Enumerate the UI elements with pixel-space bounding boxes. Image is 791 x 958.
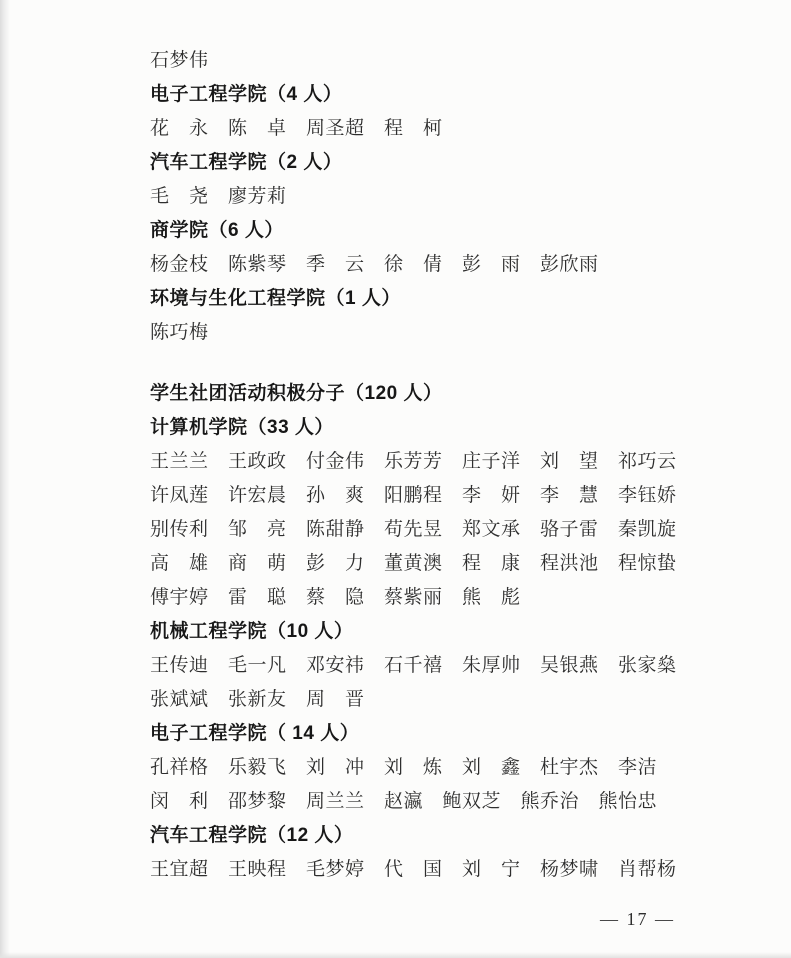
name-list-line: 傅宇婷 雷 聪 蔡 隐 蔡紫丽 熊 彪 (150, 581, 710, 615)
college-heading: 汽车工程学院（2 人） (150, 146, 710, 180)
name-list-line: 王传迪 毛一凡 邓安祎 石千禧 朱厚帅 吴银燕 张家燊 (150, 649, 710, 683)
college-heading: 电子工程学院（ 14 人） (150, 717, 710, 751)
college-heading: 商学院（6 人） (150, 214, 710, 248)
name-list-line: 高 雄 商 萌 彭 力 董黄澳 程 康 程洪池 程惊蛰 (150, 547, 710, 581)
document-content: 石梦伟 电子工程学院（4 人） 花 永 陈 卓 周圣超 程 柯 汽车工程学院（2… (150, 44, 710, 887)
college-heading: 电子工程学院（4 人） (150, 78, 710, 112)
college-heading: 汽车工程学院（12 人） (150, 819, 710, 853)
name-list-line: 王兰兰 王政政 付金伟 乐芳芳 庄子洋 刘 望 祁巧云 (150, 445, 710, 479)
college-heading: 环境与生化工程学院（1 人） (150, 282, 710, 316)
college-heading: 机械工程学院（10 人） (150, 615, 710, 649)
name-list-line: 许凤莲 许宏晨 孙 爽 阳鹏程 李 妍 李 慧 李钰娇 (150, 479, 710, 513)
page-number: — 17 — (600, 909, 675, 930)
award-category-heading: 学生社团活动积极分子（120 人） (150, 377, 710, 411)
college-heading: 计算机学院（33 人） (150, 411, 710, 445)
name-list-line: 孔祥格 乐毅飞 刘 冲 刘 炼 刘 鑫 杜宇杰 李洁 (150, 751, 710, 785)
document-page: 石梦伟 电子工程学院（4 人） 花 永 陈 卓 周圣超 程 柯 汽车工程学院（2… (0, 0, 791, 958)
name-list-line: 花 永 陈 卓 周圣超 程 柯 (150, 112, 710, 146)
name-list-line: 杨金枝 陈紫琴 季 云 徐 倩 彭 雨 彭欣雨 (150, 248, 710, 282)
name-list-line: 王宜超 王映程 毛梦婷 代 国 刘 宁 杨梦啸 肖帮杨 (150, 853, 710, 887)
name-list-line: 闵 利 邵梦黎 周兰兰 赵瀛 鲍双芝 熊乔治 熊怡忠 (150, 785, 710, 819)
name-list-line: 张斌斌 张新友 周 晋 (150, 683, 710, 717)
scan-edge-bottom (0, 952, 791, 958)
scan-edge-left (0, 0, 10, 958)
name-list-line: 石梦伟 (150, 44, 710, 78)
name-list-line: 毛 尧 廖芳莉 (150, 180, 710, 214)
name-list-line: 别传利 邹 亮 陈甜静 苟先昱 郑文承 骆子雷 秦凯旋 (150, 513, 710, 547)
name-list-line: 陈巧梅 (150, 316, 710, 350)
